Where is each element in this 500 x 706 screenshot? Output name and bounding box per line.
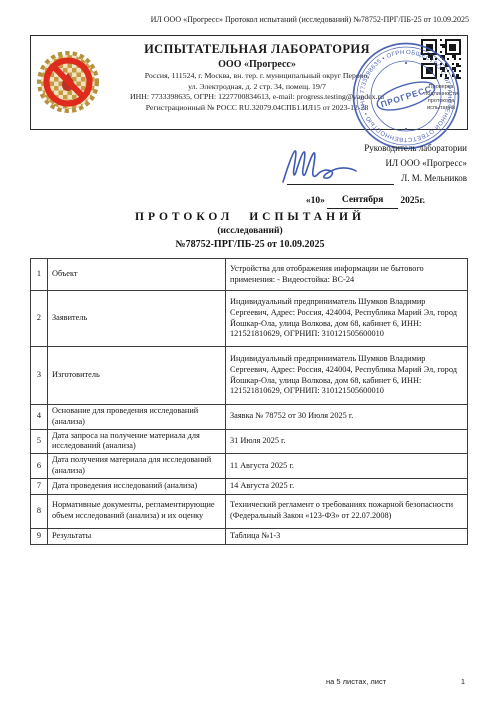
row-label: Дата запроса на получение материала для …	[48, 429, 226, 454]
row-number: 4	[31, 405, 48, 430]
table-row: 6 Дата получения материала для исследова…	[31, 454, 468, 479]
row-label: Основание для проведения исследований (а…	[48, 405, 226, 430]
signature-block: Руководитель лаборатории ИЛ ООО «Прогрес…	[287, 141, 467, 209]
row-label: Дата проведения исследований (анализа)	[48, 478, 226, 494]
details-table: 1 Объект Устройства для отображения инфо…	[30, 258, 468, 545]
date-day: «10»	[306, 194, 325, 209]
stamp-ring-text: ОБЩЕСТВО С ОГРАНИЧЕННОЙ ОТВЕТСТВЕННОСТЬЮ…	[351, 41, 452, 142]
row-value: 14 Августа 2025 г.	[226, 478, 468, 494]
running-header: ИЛ ООО «Прогресс» Протокол испытаний (ис…	[30, 15, 469, 24]
row-value: Индивидуальный предприниматель Шумков Вл…	[226, 291, 468, 347]
fire-prohibition-logo-icon	[36, 50, 100, 114]
row-label: Дата получения материала для исследовани…	[48, 454, 226, 479]
stamp-center-text: ПРОГРЕСС	[379, 84, 433, 110]
page-footer: на 5 листах, лист 1	[30, 677, 465, 689]
row-number: 2	[31, 291, 48, 347]
company-stamp-icon: ОБЩЕСТВО С ОГРАНИЧЕННОЙ ОТВЕТСТВЕННОСТЬЮ…	[351, 41, 461, 151]
row-label: Нормативные документы, регламентирующие …	[48, 494, 226, 528]
table-row: 1 Объект Устройства для отображения инфо…	[31, 259, 468, 291]
row-label: Заявитель	[48, 291, 226, 347]
row-number: 3	[31, 347, 48, 405]
row-number: 8	[31, 494, 48, 528]
protocol-title: ПРОТОКОЛ ИСПЫТАНИЙ	[0, 211, 500, 223]
footer-sheets-text: на 5 листах, лист	[326, 677, 386, 686]
table-row: 8 Нормативные документы, регламентирующи…	[31, 494, 468, 528]
row-label: Результаты	[48, 528, 226, 544]
row-value: 11 Августа 2025 г.	[226, 454, 468, 479]
protocol-title-block: ПРОТОКОЛ ИСПЫТАНИЙ (исследований) №78752…	[0, 211, 500, 250]
table-row: 4 Основание для проведения исследований …	[31, 405, 468, 430]
signature-line	[287, 170, 394, 185]
svg-text:ОБЩЕСТВО С ОГРАНИЧЕННОЙ ОТВЕТС: ОБЩЕСТВО С ОГРАНИЧЕННОЙ ОТВЕТСТВЕННОСТЬЮ…	[351, 41, 452, 142]
footer-page-number: 1	[461, 677, 465, 686]
date-year: 2025г.	[400, 194, 425, 209]
row-number: 6	[31, 454, 48, 479]
row-value: Индивидуальный предприниматель Шумков Вл…	[226, 347, 468, 405]
row-number: 1	[31, 259, 48, 291]
table-row: 3 Изготовитель Индивидуальный предприним…	[31, 347, 468, 405]
protocol-subtitle: (исследований)	[0, 226, 500, 236]
row-value: 31 Июля 2025 г.	[226, 429, 468, 454]
row-number: 7	[31, 478, 48, 494]
row-value: Технический регламент о требованиях пожа…	[226, 494, 468, 528]
row-value: Заявка № 78752 от 30 Июля 2025 г.	[226, 405, 468, 430]
handwritten-signature-icon	[279, 144, 361, 190]
table-row: 2 Заявитель Индивидуальный предпринимате…	[31, 291, 468, 347]
row-value: Таблица №1-3	[226, 528, 468, 544]
row-label: Изготовитель	[48, 347, 226, 405]
table-row: 5 Дата запроса на получение материала дл…	[31, 429, 468, 454]
protocol-number: №78752-ПРГ/ПБ-25 от 10.09.2025	[0, 239, 500, 250]
row-number: 5	[31, 429, 48, 454]
protocol-document-page: ИЛ ООО «Прогресс» Протокол испытаний (ис…	[0, 0, 500, 706]
date-month: Сентября	[327, 193, 399, 209]
row-value: Устройства для отображения информации не…	[226, 259, 468, 291]
row-number: 9	[31, 528, 48, 544]
table-row: 9 Результаты Таблица №1-3	[31, 528, 468, 544]
signature-date: «10» Сентября 2025г.	[287, 193, 467, 209]
row-label: Объект	[48, 259, 226, 291]
signatory-name: Л. М. Мельников	[401, 171, 467, 186]
table-row: 7 Дата проведения исследований (анализа)…	[31, 478, 468, 494]
